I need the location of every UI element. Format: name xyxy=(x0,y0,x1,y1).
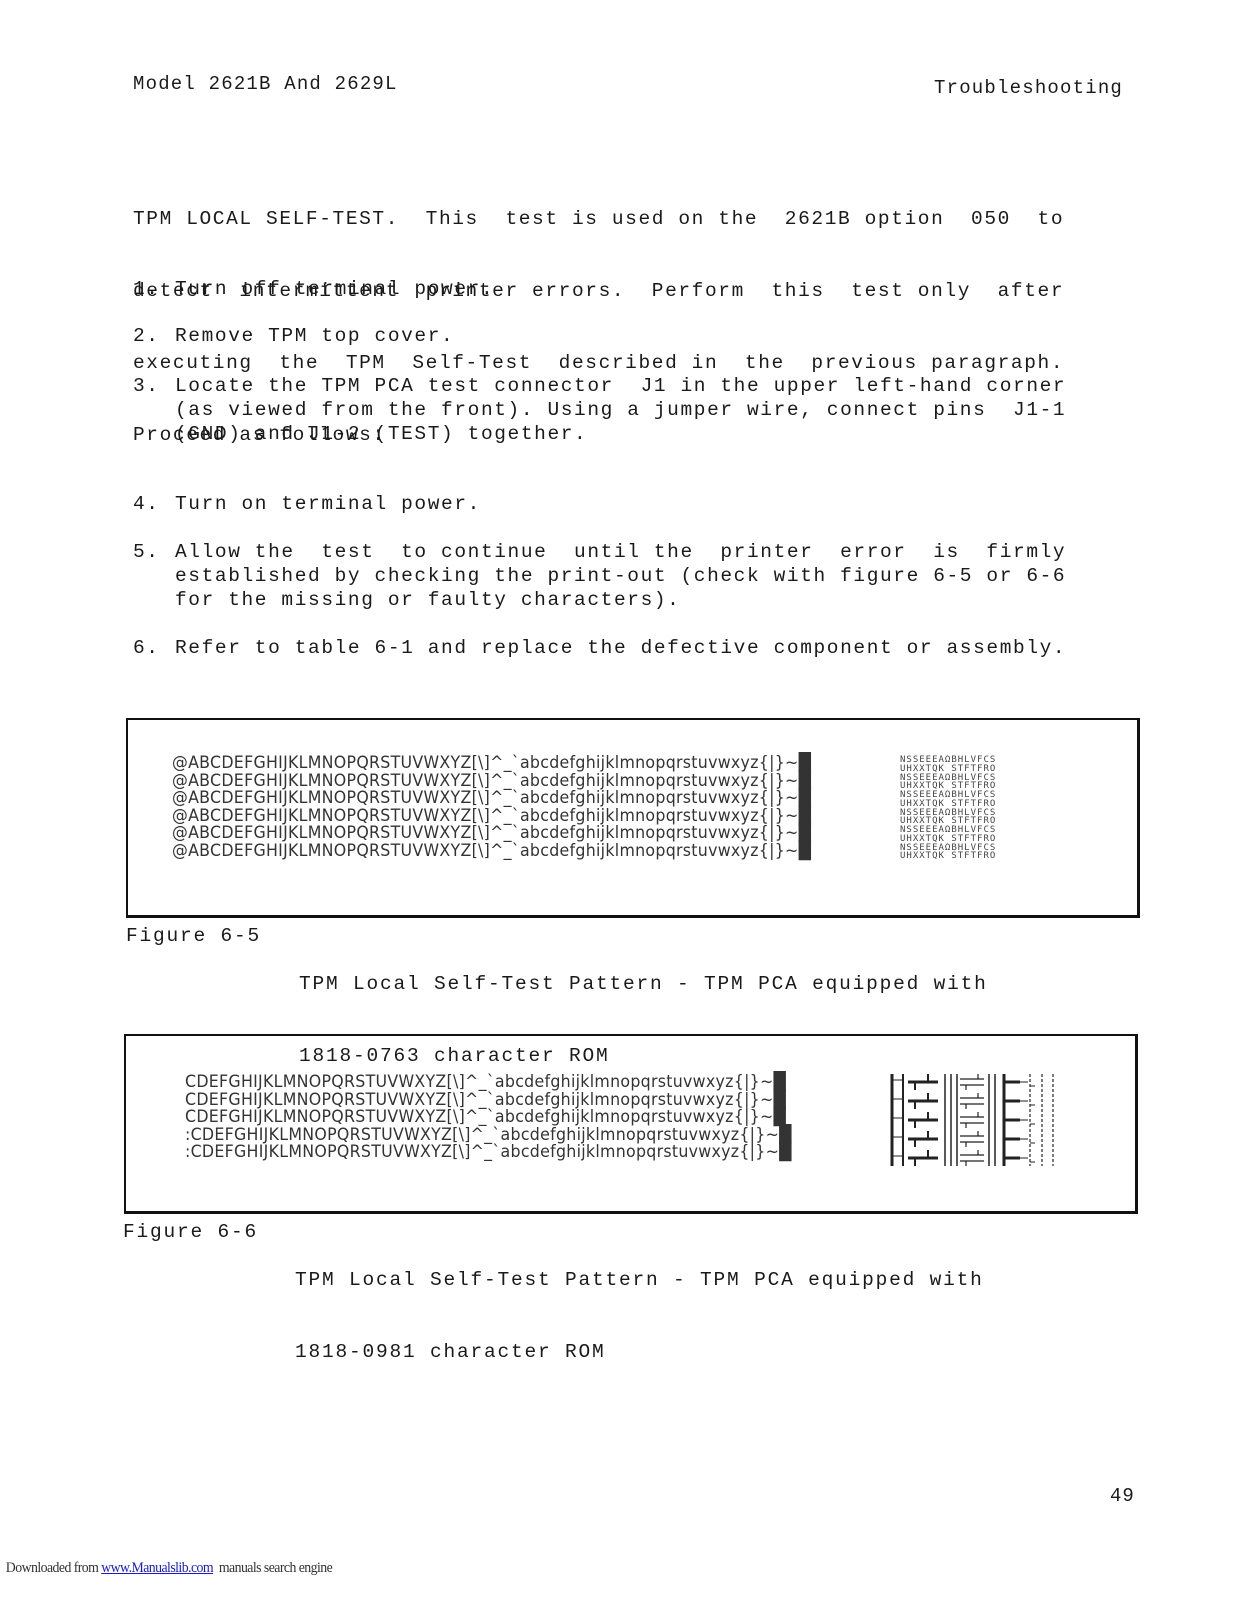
header-section: Troubleshooting xyxy=(934,77,1123,99)
step-number: 6. xyxy=(133,636,160,660)
figure-6-6-pattern: CDEFGHIJKLMNOPQRSTUVWXYZ[\]^_`abcdefghij… xyxy=(185,1074,792,1162)
step-text: Remove TPM top cover. xyxy=(175,324,454,348)
figure-6-6-label: Figure 6-6 xyxy=(123,1220,258,1244)
step-text: (as viewed from the front). Using a jump… xyxy=(175,398,1066,422)
manualslib-link[interactable]: www.Manualslib.com xyxy=(101,1560,213,1576)
page-number: 49 xyxy=(1110,1485,1135,1507)
footer-suffix: manuals search engine xyxy=(213,1560,332,1576)
step-number: 4. xyxy=(133,492,160,516)
pattern-row: @ABCDEFGHIJKLMNOPQRSTUVWXYZ[\]^_`abcdefg… xyxy=(172,843,811,861)
figure-6-6-caption: TPM Local Self-Test Pattern - TPM PCA eq… xyxy=(295,1220,984,1388)
control-glyphs: NSSEEEAΩBHLVFCS UHXXTQK STFTFRO xyxy=(900,809,996,827)
step-text: Turn on terminal power. xyxy=(175,492,481,516)
pattern-row: @ABCDEFGHIJKLMNOPQRSTUVWXYZ[\]^_`abcdefg… xyxy=(172,790,811,808)
pattern-row: :CDEFGHIJKLMNOPQRSTUVWXYZ[\]^_`abcdefghi… xyxy=(185,1144,792,1162)
caption-line: TPM Local Self-Test Pattern - TPM PCA eq… xyxy=(299,972,988,996)
control-glyphs: NSSEEEAΩBHLVFCS UHXXTQK STFTFRO xyxy=(900,756,996,774)
figure-6-5-pattern: @ABCDEFGHIJKLMNOPQRSTUVWXYZ[\]^_`abcdefg… xyxy=(172,755,811,860)
intro-line: executing the TPM Self-Test described in… xyxy=(133,351,1064,375)
control-glyphs: NSSEEEAΩBHLVFCS UHXXTQK STFTFRO xyxy=(900,844,996,862)
footer-prefix: Downloaded from xyxy=(6,1560,101,1576)
caption-line: 1818-0981 character ROM xyxy=(295,1340,984,1364)
step-number: 2. xyxy=(133,324,160,348)
control-glyphs: NSSEEEAΩBHLVFCS UHXXTQK STFTFRO xyxy=(900,826,996,844)
download-footer: Downloaded from www.Manualslib.com manua… xyxy=(0,1543,332,1577)
pattern-row: CDEFGHIJKLMNOPQRSTUVWXYZ[\]^_`abcdefghij… xyxy=(185,1109,792,1127)
header-model: Model 2621B And 2629L xyxy=(133,73,398,95)
figure-6-5-label: Figure 6-5 xyxy=(126,924,261,948)
step-text: for the missing or faulty characters). xyxy=(175,588,1066,612)
step-text: Locate the TPM PCA test connector J1 in … xyxy=(175,374,1066,398)
step-text: Turn off terminal power. xyxy=(175,277,494,301)
step-number: 1. xyxy=(133,277,160,301)
intro-line: TPM LOCAL SELF-TEST. This test is used o… xyxy=(133,207,1064,231)
control-glyphs: NSSEEEAΩBHLVFCS UHXXTQK STFTFRO xyxy=(900,791,996,809)
step-number: 5. xyxy=(133,540,160,564)
line-drawing-glyphs xyxy=(888,1072,1068,1172)
control-glyphs: NSSEEEAΩBHLVFCS UHXXTQK STFTFRO xyxy=(900,774,996,792)
pattern-row: CDEFGHIJKLMNOPQRSTUVWXYZ[\]^_`abcdefghij… xyxy=(185,1074,792,1092)
pattern-row: @ABCDEFGHIJKLMNOPQRSTUVWXYZ[\]^_`abcdefg… xyxy=(172,755,811,773)
step-text: established by checking the print-out (c… xyxy=(175,564,1066,588)
pattern-row: @ABCDEFGHIJKLMNOPQRSTUVWXYZ[\]^_`abcdefg… xyxy=(172,825,811,843)
step-text: (GND) and J1-2 (TEST) together. xyxy=(175,422,1066,446)
step-text: Refer to table 6-1 and replace the defec… xyxy=(175,636,1066,660)
step-text: Allow the test to continue until the pri… xyxy=(175,540,1066,564)
step-number: 3. xyxy=(133,374,160,398)
caption-line: TPM Local Self-Test Pattern - TPM PCA eq… xyxy=(295,1268,984,1292)
